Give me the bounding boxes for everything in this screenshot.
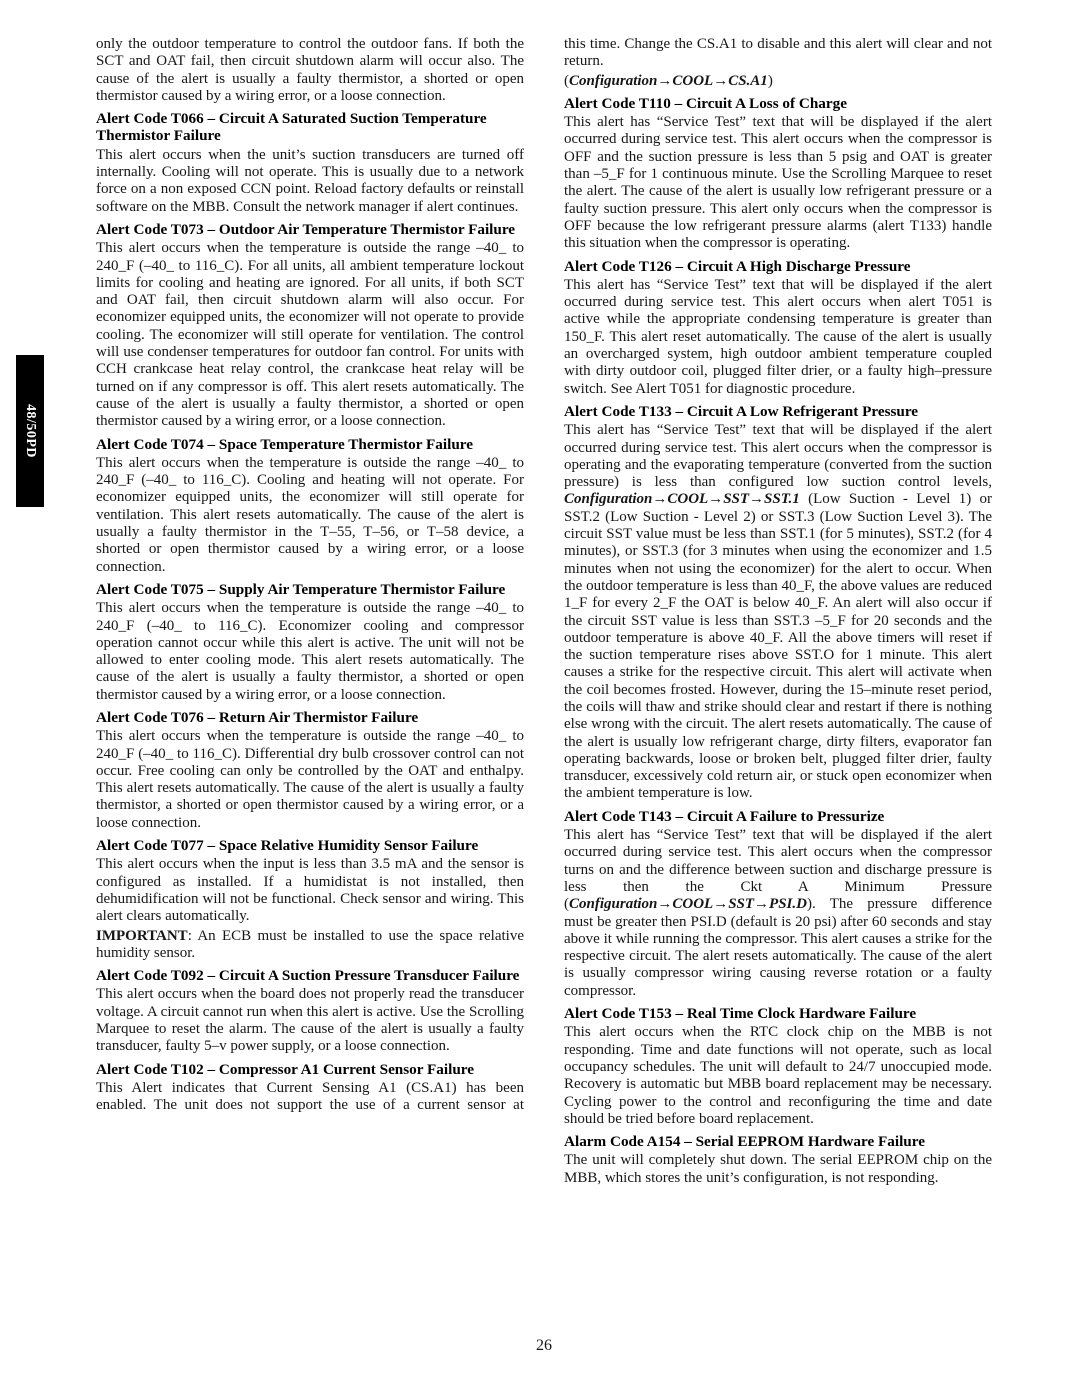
paragraph-alert-t075: This alert occurs when the temperature i… (96, 600, 524, 704)
paragraph-alert-t076: This alert occurs when the temperature i… (96, 728, 524, 832)
t133-text-pre: This alert has “Service Test” text that … (564, 422, 992, 490)
t143-config-path: Configuration→COOL→SST→PSI.D (569, 896, 807, 912)
paragraph-alert-t073: This alert occurs when the temperature i… (96, 240, 524, 430)
paragraph-alert-t143: This alert has “Service Test” text that … (564, 827, 992, 1000)
heading-alert-t066: Alert Code T066 – Circuit A Saturated Su… (96, 110, 524, 145)
config-path-text: Configuration→COOL→CS.A1 (569, 73, 768, 89)
important-note: IMPORTANT: An ECB must be installed to u… (96, 928, 524, 963)
paragraph-alert-t074: This alert occurs when the temperature i… (96, 455, 524, 576)
heading-alert-t102: Alert Code T102 – Compressor A1 Current … (96, 1061, 524, 1078)
paragraph-alert-t153: This alert occurs when the RTC clock chi… (564, 1024, 992, 1128)
heading-alert-t073: Alert Code T073 – Outdoor Air Temperatur… (96, 221, 524, 238)
paragraph-continuation-top-left: only the outdoor temperature to control … (96, 36, 524, 105)
side-tab-label: 48/50PD (22, 404, 38, 458)
heading-alert-t077: Alert Code T077 – Space Relative Humidit… (96, 837, 524, 854)
paragraph-alert-t126: This alert has “Service Test” text that … (564, 277, 992, 398)
paren-close: ) (768, 73, 773, 89)
paragraph-alert-t092: This alert occurs when the board does no… (96, 986, 524, 1055)
heading-alert-t126: Alert Code T126 – Circuit A High Dischar… (564, 258, 992, 275)
heading-alert-t075: Alert Code T075 – Supply Air Temperature… (96, 581, 524, 598)
config-path-cs-a1: (Configuration→COOL→CS.A1) (564, 73, 992, 90)
paragraph-alert-t077: This alert occurs when the input is less… (96, 856, 524, 925)
heading-alert-t110: Alert Code T110 – Circuit A Loss of Char… (564, 95, 992, 112)
left-column: only the outdoor temperature to control … (96, 36, 524, 1189)
right-column: this time. Change the CS.A1 to disable a… (564, 36, 992, 1189)
paragraph-alert-t066: This alert occurs when the unit’s suctio… (96, 147, 524, 216)
page-number: 26 (96, 1337, 992, 1355)
paragraph-alert-t110: This alert has “Service Test” text that … (564, 114, 992, 252)
manual-page: 48/50PD only the outdoor temperature to … (0, 0, 1080, 1397)
t133-config-path: Configuration→COOL→SST→SST.1 (564, 491, 800, 507)
heading-alert-t153: Alert Code T153 – Real Time Clock Hardwa… (564, 1005, 992, 1022)
heading-alert-t143: Alert Code T143 – Circuit A Failure to P… (564, 808, 992, 825)
heading-alert-t133: Alert Code T133 – Circuit A Low Refriger… (564, 403, 992, 420)
side-tab: 48/50PD (16, 355, 44, 507)
t133-text-post: (Low Suction - Level 1) or SST.2 (Low Su… (564, 491, 992, 801)
two-column-text-block: only the outdoor temperature to control … (96, 36, 992, 1189)
paragraph-alert-t102: This Alert indicates that Current Sensin… (96, 1080, 524, 1115)
paragraph-continuation-top-right: this time. Change the CS.A1 to disable a… (564, 36, 992, 71)
paragraph-alarm-a154: The unit will completely shut down. The … (564, 1152, 992, 1187)
paragraph-alert-t133: This alert has “Service Test” text that … (564, 422, 992, 803)
heading-alert-t076: Alert Code T076 – Return Air Thermistor … (96, 709, 524, 726)
heading-alert-t074: Alert Code T074 – Space Temperature Ther… (96, 436, 524, 453)
heading-alert-t092: Alert Code T092 – Circuit A Suction Pres… (96, 967, 524, 984)
important-label: IMPORTANT (96, 928, 188, 944)
heading-alarm-a154: Alarm Code A154 – Serial EEPROM Hardware… (564, 1133, 992, 1150)
